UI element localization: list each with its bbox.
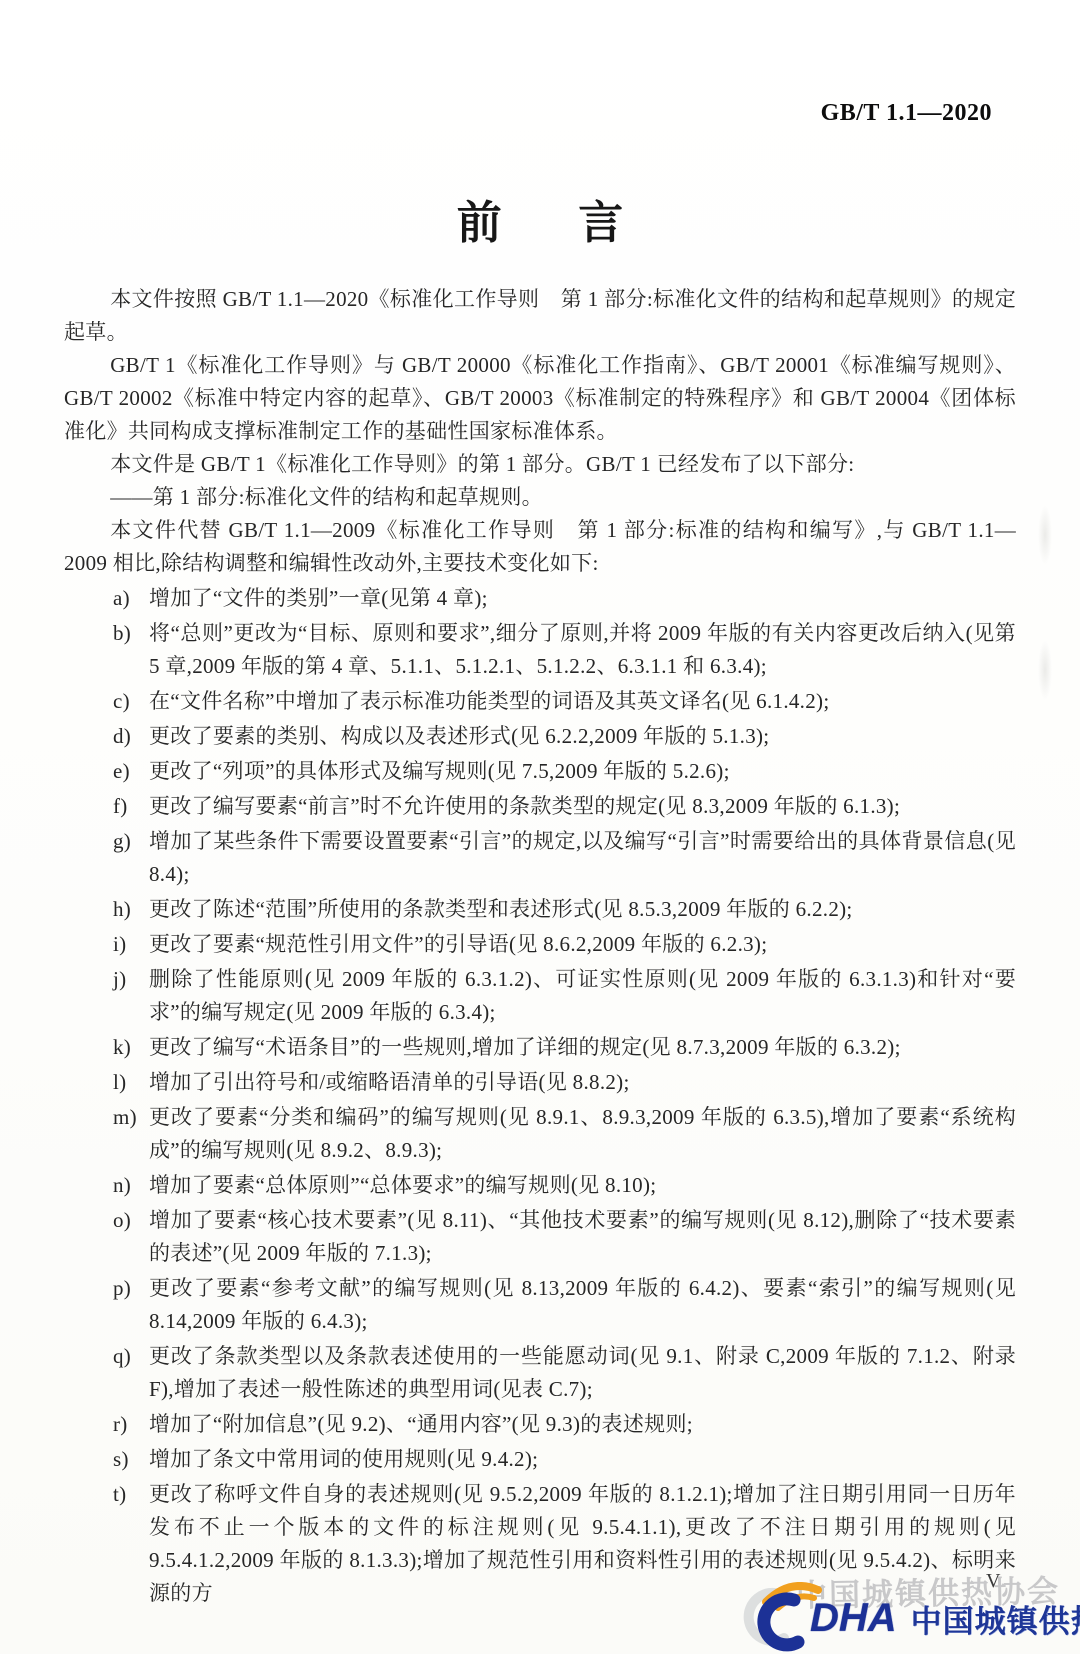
change-list-item: h)更改了陈述“范围”所使用的条款类型和表述形式(见 8.5.3,2009 年版…	[64, 893, 1016, 926]
list-item-text: 更改了要素的类别、构成以及表述形式(见 6.2.2,2009 年版的 5.1.3…	[149, 724, 769, 748]
list-item-marker: i)	[113, 928, 126, 961]
list-item-marker: d)	[113, 720, 131, 753]
change-list-item: j)删除了性能原则(见 2009 年版的 6.3.1.2)、可证实性原则(见 2…	[64, 963, 1016, 1029]
list-item-marker: s)	[113, 1443, 129, 1476]
list-item-text: 更改了编写“术语条目”的一些规则,增加了详细的规定(见 8.7.3,2009 年…	[149, 1035, 901, 1059]
list-item-marker: t)	[113, 1478, 126, 1511]
list-item-marker: a)	[113, 582, 130, 615]
list-item-marker: r)	[113, 1408, 128, 1441]
list-item-marker: e)	[113, 755, 130, 788]
paragraph: GB/T 1《标准化工作导则》与 GB/T 20000《标准化工作指南》、GB/…	[64, 349, 1016, 448]
list-item-text: 将“总则”更改为“目标、原则和要求”,细分了原则,并将 2009 年版的有关内容…	[149, 621, 1016, 678]
list-item-marker: g)	[113, 825, 131, 858]
change-list-item: m)更改了要素“分类和编码”的编写规则(见 8.9.1、8.9.3,2009 年…	[64, 1101, 1016, 1167]
list-item-text: 更改了“列项”的具体形式及编写规则(见 7.5,2009 年版的 5.2.6);	[149, 759, 730, 783]
logo-name: 中国城镇供热协会	[911, 1596, 1080, 1641]
paragraph: 本文件代替 GB/T 1.1—2009《标准化工作导则 第 1 部分:标准的结构…	[64, 514, 1016, 580]
page-title: 前言	[0, 186, 1080, 251]
list-item-text: 增加了要素“总体原则”“总体要求”的编写规则(见 8.10);	[149, 1173, 656, 1197]
list-item-text: 增加了要素“核心技术要素”(见 8.11)、“其他技术要素”的编写规则(见 8.…	[149, 1208, 1016, 1265]
list-item-text: 更改了陈述“范围”所使用的条款类型和表述形式(见 8.5.3,2009 年版的 …	[149, 897, 853, 921]
logo-row: DHA 中国城镇供热协会	[738, 1582, 1080, 1654]
change-list-item: n)增加了要素“总体原则”“总体要求”的编写规则(见 8.10);	[64, 1169, 1016, 1202]
list-item-text: 增加了引出符号和/或缩略语清单的引导语(见 8.8.2);	[149, 1070, 630, 1094]
association-logo-watermark: 中国城镇供热协会 DHA 中国城镇供热协会	[738, 1582, 1068, 1654]
list-item-text: 更改了条款类型以及条款表述使用的一些能愿动词(见 9.1、附录 C,2009 年…	[149, 1344, 1016, 1401]
logo-abbr: DHA	[810, 1596, 897, 1641]
scan-smudge	[1038, 640, 1052, 700]
list-item-marker: c)	[113, 685, 130, 718]
change-list-item: a)增加了“文件的类别”一章(见第 4 章);	[64, 582, 1016, 615]
change-list-item: i)更改了要素“规范性引用文件”的引导语(见 8.6.2,2009 年版的 6.…	[64, 928, 1016, 961]
change-list-item: g)增加了某些条件下需要设置要素“引言”的规定,以及编写“引言”时需要给出的具体…	[64, 825, 1016, 891]
change-list-item: r)增加了“附加信息”(见 9.2)、“通用内容”(见 9.3)的表述规则;	[64, 1408, 1016, 1441]
list-item-text: 在“文件名称”中增加了表示标准功能类型的词语及其英文译名(见 6.1.4.2);	[149, 689, 829, 713]
list-item-marker: j)	[113, 963, 126, 996]
list-item-marker: l)	[113, 1066, 126, 1099]
change-list-item: o)增加了要素“核心技术要素”(见 8.11)、“其他技术要素”的编写规则(见 …	[64, 1204, 1016, 1270]
list-item-text: 删除了性能原则(见 2009 年版的 6.3.1.2)、可证实性原则(见 200…	[149, 967, 1016, 1024]
list-item-marker: o)	[113, 1204, 131, 1237]
change-list-item: f)更改了编写要素“前言”时不允许使用的条款类型的规定(见 8.3,2009 年…	[64, 790, 1016, 823]
list-item-marker: m)	[113, 1101, 137, 1134]
list-item-marker: f)	[113, 790, 128, 823]
change-list-item: l)增加了引出符号和/或缩略语清单的引导语(见 8.8.2);	[64, 1066, 1016, 1099]
list-item-text: 增加了“文件的类别”一章(见第 4 章);	[149, 586, 488, 610]
change-list-item: s)增加了条文中常用词的使用规则(见 9.4.2);	[64, 1443, 1016, 1476]
list-item-text: 更改了要素“参考文献”的编写规则(见 8.13,2009 年版的 6.4.2)、…	[149, 1276, 1016, 1333]
change-list-item: c)在“文件名称”中增加了表示标准功能类型的词语及其英文译名(见 6.1.4.2…	[64, 685, 1016, 718]
document-page: GB/T 1.1—2020 前言 本文件按照 GB/T 1.1—2020《标准化…	[0, 0, 1080, 1654]
paragraph: 本文件按照 GB/T 1.1—2020《标准化工作导则 第 1 部分:标准化文件…	[64, 283, 1016, 349]
list-item-text: 更改了要素“分类和编码”的编写规则(见 8.9.1、8.9.3,2009 年版的…	[149, 1105, 1016, 1162]
change-list-item: q)更改了条款类型以及条款表述使用的一些能愿动词(见 9.1、附录 C,2009…	[64, 1340, 1016, 1406]
change-list-item: p)更改了要素“参考文献”的编写规则(见 8.13,2009 年版的 6.4.2…	[64, 1272, 1016, 1338]
list-item-text: 更改了要素“规范性引用文件”的引导语(见 8.6.2,2009 年版的 6.2.…	[149, 932, 767, 956]
list-item-marker: k)	[113, 1031, 131, 1064]
list-item-marker: b)	[113, 617, 131, 650]
scan-smudge	[1038, 505, 1052, 565]
list-item-marker: h)	[113, 893, 131, 926]
change-list-item: d)更改了要素的类别、构成以及表述形式(见 6.2.2,2009 年版的 5.1…	[64, 720, 1016, 753]
list-item-marker: p)	[113, 1272, 131, 1305]
change-list-item: e)更改了“列项”的具体形式及编写规则(见 7.5,2009 年版的 5.2.6…	[64, 755, 1016, 788]
list-item-text: 增加了某些条件下需要设置要素“引言”的规定,以及编写“引言”时需要给出的具体背景…	[149, 829, 1016, 886]
change-list-item: k)更改了编写“术语条目”的一些规则,增加了详细的规定(见 8.7.3,2009…	[64, 1031, 1016, 1064]
list-item-text: 增加了“附加信息”(见 9.2)、“通用内容”(见 9.3)的表述规则;	[149, 1412, 693, 1436]
part-list-entry: ——第 1 部分:标准化文件的结构和起草规则。	[64, 481, 1016, 514]
list-item-text: 增加了条文中常用词的使用规则(见 9.4.2);	[149, 1447, 538, 1471]
list-item-marker: q)	[113, 1340, 131, 1373]
list-item-text: 更改了编写要素“前言”时不允许使用的条款类型的规定(见 8.3,2009 年版的…	[149, 794, 900, 818]
list-item-marker: n)	[113, 1169, 131, 1202]
change-list-item: b)将“总则”更改为“目标、原则和要求”,细分了原则,并将 2009 年版的有关…	[64, 617, 1016, 683]
paragraph: 本文件是 GB/T 1《标准化工作导则》的第 1 部分。GB/T 1 已经发布了…	[64, 448, 1016, 481]
standard-number: GB/T 1.1—2020	[821, 100, 992, 127]
document-body: 本文件按照 GB/T 1.1—2020《标准化工作导则 第 1 部分:标准化文件…	[64, 283, 1016, 1612]
